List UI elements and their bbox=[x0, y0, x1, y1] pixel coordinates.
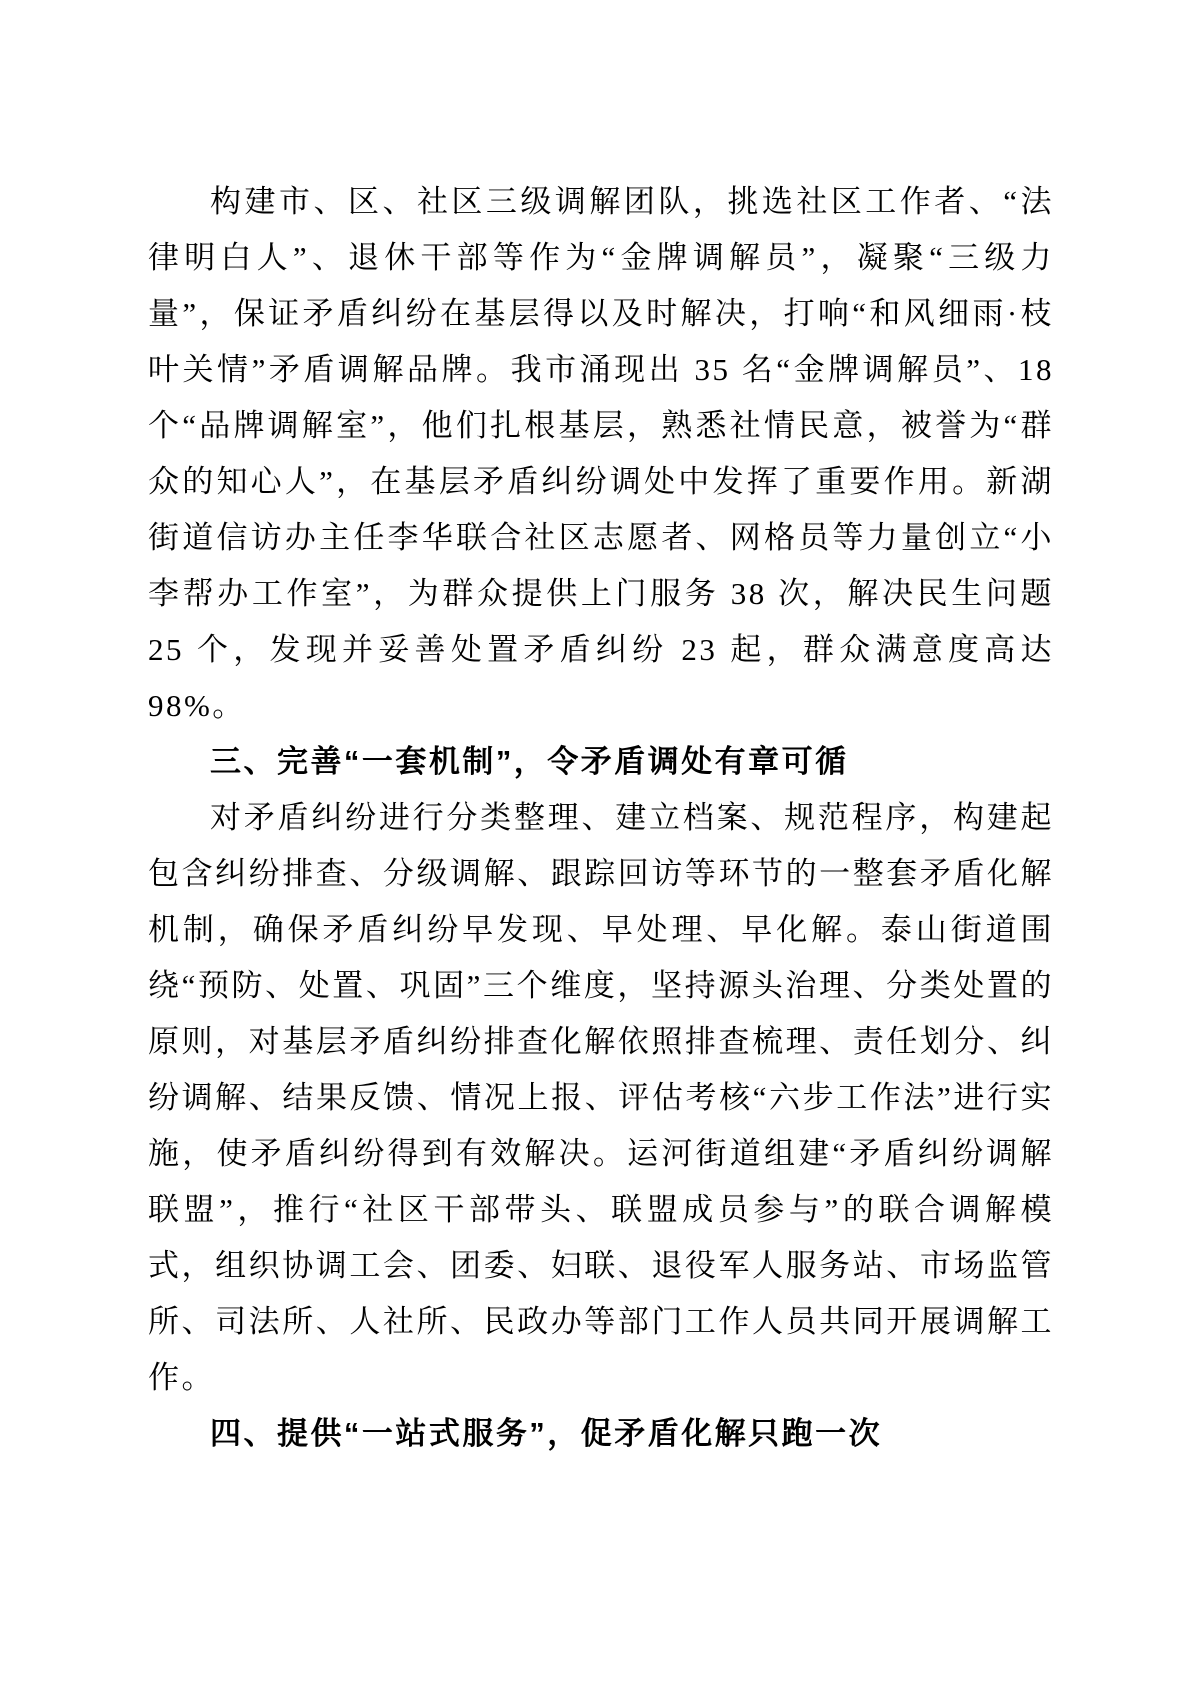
paragraph-mechanism: 对矛盾纠纷进行分类整理、建立档案、规范程序，构建起包含纠纷排查、分级调解、跟踪回… bbox=[148, 790, 1054, 1406]
paragraph-mediator-team: 构建市、区、社区三级调解团队，挑选社区工作者、“法律明白人”、退休干部等作为“金… bbox=[148, 174, 1054, 734]
heading-section-4: 四、提供“一站式服务”，促矛盾化解只跑一次 bbox=[148, 1406, 1054, 1462]
document-page: 构建市、区、社区三级调解团队，挑选社区工作者、“法律明白人”、退休干部等作为“金… bbox=[0, 0, 1190, 1683]
document-content: 构建市、区、社区三级调解团队，挑选社区工作者、“法律明白人”、退休干部等作为“金… bbox=[148, 174, 1054, 1462]
heading-section-3: 三、完善“一套机制”，令矛盾调处有章可循 bbox=[148, 734, 1054, 790]
